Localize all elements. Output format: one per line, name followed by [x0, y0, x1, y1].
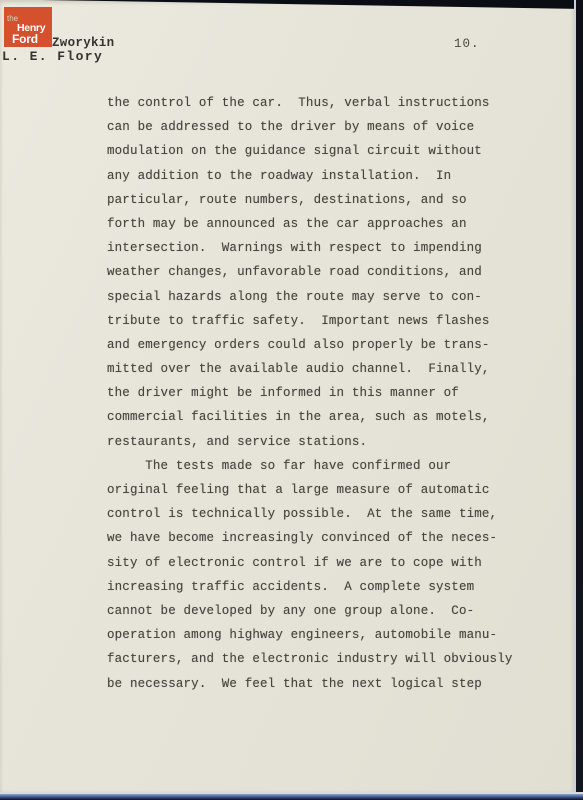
- text-line: restaurants, and service stations.: [107, 430, 513, 454]
- text-line: modulation on the guidance signal circui…: [107, 139, 513, 163]
- text-line: we have become increasingly convinced of…: [107, 526, 513, 550]
- text-line: particular, route numbers, destinations,…: [107, 188, 513, 212]
- typewritten-body: the control of the car. Thus, verbal ins…: [107, 91, 513, 696]
- text-line: be necessary. We feel that the next logi…: [107, 672, 513, 696]
- author-name-flory: L. E. Flory: [2, 49, 103, 64]
- text-line: The tests made so far have confirmed our: [107, 454, 513, 478]
- text-line: cannot be developed by any one group alo…: [107, 599, 513, 623]
- text-line: special hazards along the route may serv…: [107, 285, 513, 309]
- text-line: can be addressed to the driver by means …: [107, 115, 513, 139]
- text-line: mitted over the available audio channel.…: [107, 357, 513, 381]
- text-line: sity of electronic control if we are to …: [107, 551, 513, 575]
- text-line: and emergency orders could also properly…: [107, 333, 513, 357]
- text-line: intersection. Warnings with respect to i…: [107, 236, 513, 260]
- text-line: tribute to traffic safety. Important new…: [107, 309, 513, 333]
- text-line: commercial facilities in the area, such …: [107, 405, 513, 429]
- text-line: any addition to the roadway installation…: [107, 164, 513, 188]
- text-line: original feeling that a large measure of…: [107, 478, 513, 502]
- logo-word-ford: Ford: [12, 33, 38, 45]
- scanned-page: the Henry Ford Zworykin L. E. Flory 10. …: [0, 0, 583, 800]
- the-henry-ford-logo: the Henry Ford: [4, 7, 52, 47]
- text-line: forth may be announced as the car approa…: [107, 212, 513, 236]
- scan-edge-bottom: [0, 792, 583, 800]
- paper-sheet: the Henry Ford Zworykin L. E. Flory 10. …: [0, 0, 574, 792]
- text-line: increasing traffic accidents. A complete…: [107, 575, 513, 599]
- page-number: 10.: [454, 37, 480, 51]
- text-line: control is technically possible. At the …: [107, 502, 513, 526]
- text-line: facturers, and the electronic industry w…: [107, 647, 513, 671]
- text-line: the control of the car. Thus, verbal ins…: [107, 91, 513, 115]
- text-line: weather changes, unfavorable road condit…: [107, 260, 513, 284]
- text-line: the driver might be informed in this man…: [107, 381, 513, 405]
- author-name-zworykin: Zworykin: [52, 36, 114, 50]
- scan-edge-right: [574, 0, 583, 800]
- text-line: operation among highway engineers, autom…: [107, 623, 513, 647]
